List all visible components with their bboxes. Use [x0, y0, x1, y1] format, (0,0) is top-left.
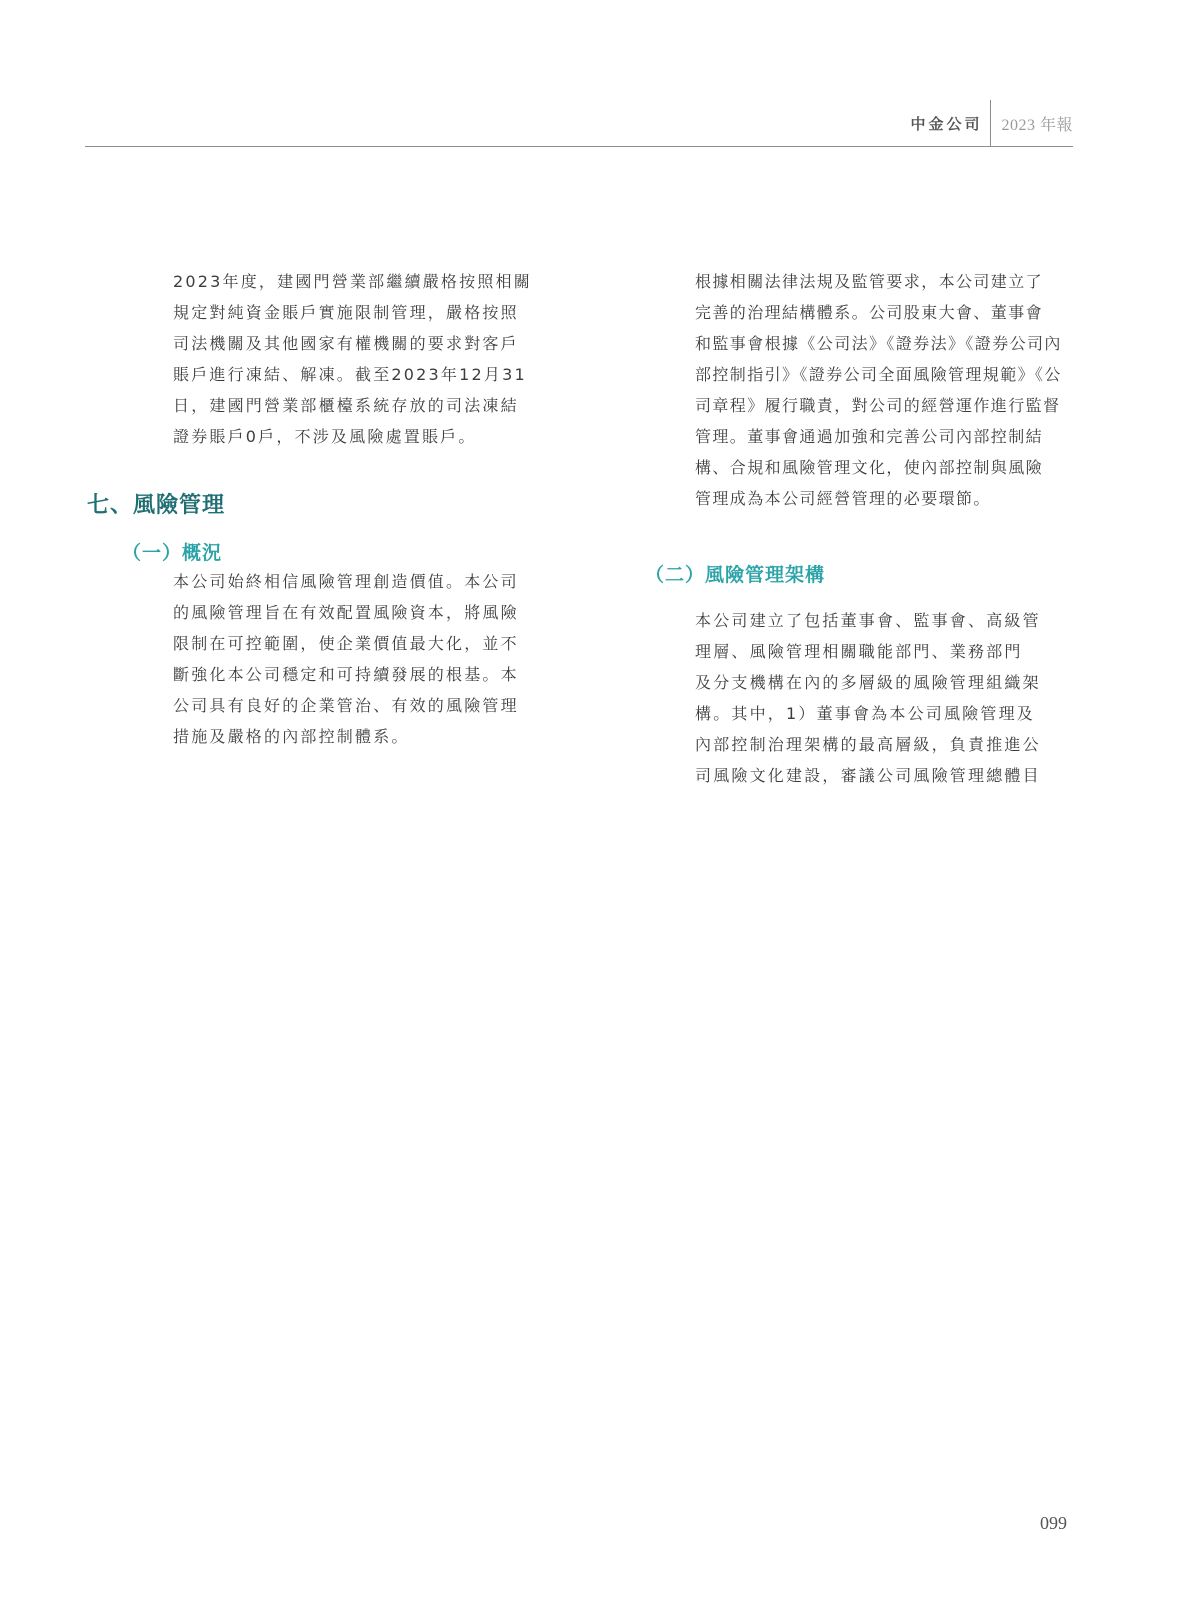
text-line: 內部控制治理架構的最高層級，負責推進公	[695, 729, 1073, 760]
text-line: 措施及嚴格的內部控制體系。	[173, 721, 545, 752]
text-line: 管理成為本公司經營管理的必要環節。	[695, 483, 1073, 514]
text-line: 本公司始終相信風險管理創造價值。本公司	[173, 566, 545, 597]
page-number: 099	[1040, 1513, 1067, 1534]
text-line: 和監事會根據《公司法》《證券法》《證券公司內	[695, 328, 1073, 359]
text-line: 根據相關法律法規及監管要求，本公司建立了	[695, 266, 1073, 297]
text-line: 斷強化本公司穩定和可持續發展的根基。本	[173, 659, 545, 690]
text-line: 規定對純資金賬戶實施限制管理，嚴格按照	[173, 297, 545, 328]
text-line: 日，建國門營業部櫃檯系統存放的司法凍結	[173, 390, 545, 421]
governance-paragraph: 根據相關法律法規及監管要求，本公司建立了 完善的治理結構體系。公司股東大會、董事…	[695, 266, 1073, 514]
text-line: 司法機關及其他國家有權機關的要求對客戶	[173, 328, 545, 359]
text-line: 的風險管理旨在有效配置風險資本，將風險	[173, 597, 545, 628]
text-line: 本公司建立了包括董事會、監事會、高級管	[695, 605, 1073, 636]
text-line: 證券賬戶0戶，不涉及風險處置賬戶。	[173, 421, 545, 452]
text-line: 限制在可控範圍，使企業價值最大化，並不	[173, 628, 545, 659]
intro-paragraph: 2023年度，建國門營業部繼續嚴格按照相關 規定對純資金賬戶實施限制管理，嚴格按…	[173, 266, 545, 452]
subsection-heading-framework: （二）風險管理架構	[645, 560, 825, 587]
report-title: 2023 年報	[991, 112, 1073, 135]
text-line: 完善的治理結構體系。公司股東大會、董事會	[695, 297, 1073, 328]
text-line: 賬戶進行凍結、解凍。截至2023年12月31	[173, 359, 545, 390]
page-header: 中金公司 2023 年報	[85, 100, 1073, 147]
section-heading-risk-management: 七、風險管理	[87, 488, 225, 519]
text-line: 及分支機構在內的多層級的風險管理組織架	[695, 667, 1073, 698]
text-line: 管理。董事會通過加強和完善公司內部控制結	[695, 421, 1073, 452]
text-line: 司風險文化建設，審議公司風險管理總體目	[695, 760, 1073, 791]
text-line: 公司具有良好的企業管治、有效的風險管理	[173, 690, 545, 721]
framework-paragraph: 本公司建立了包括董事會、監事會、高級管 理層、風險管理相關職能部門、業務部門 及…	[695, 605, 1073, 791]
text-line: 2023年度，建國門營業部繼續嚴格按照相關	[173, 266, 545, 297]
overview-paragraph: 本公司始終相信風險管理創造價值。本公司 的風險管理旨在有效配置風險資本，將風險 …	[173, 566, 545, 752]
header-title-group: 中金公司 2023 年報	[910, 100, 1073, 146]
text-line: 構。其中，1）董事會為本公司風險管理及	[695, 698, 1073, 729]
text-line: 構、合規和風險管理文化，使內部控制與風險	[695, 452, 1073, 483]
text-line: 理層、風險管理相關職能部門、業務部門	[695, 636, 1073, 667]
text-line: 部控制指引》《證券公司全面風險管理規範》《公	[695, 359, 1073, 390]
subsection-heading-overview: （一）概況	[122, 538, 222, 565]
company-name: 中金公司	[910, 113, 990, 134]
text-line: 司章程》履行職責，對公司的經營運作進行監督	[695, 390, 1073, 421]
